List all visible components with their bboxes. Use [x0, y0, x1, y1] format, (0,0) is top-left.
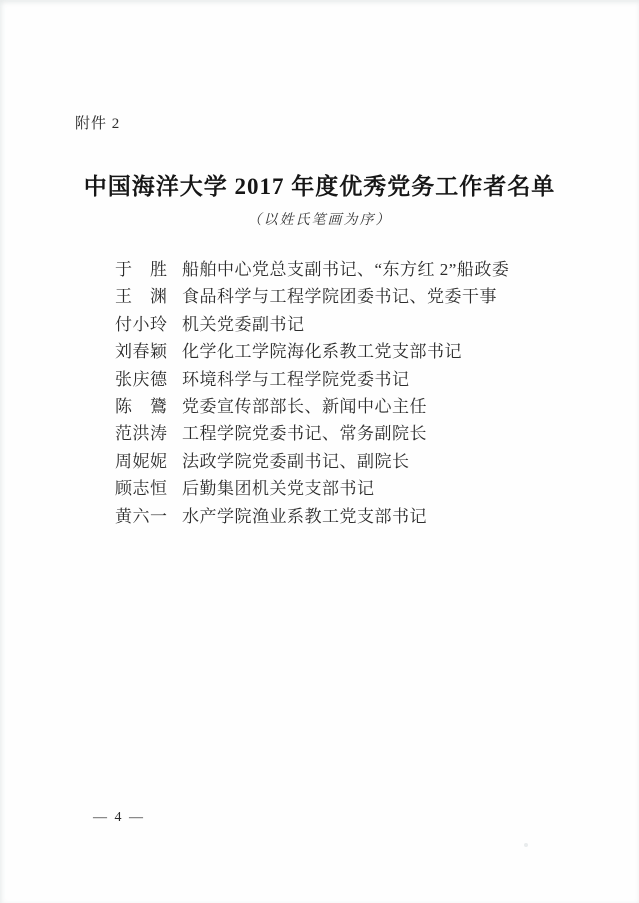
- attachment-label: 附件 2: [75, 112, 120, 133]
- award-list: 于 胜 船舶中心党总支副书记、“东方红 2”船政委 王 渊 食品科学与工程学院团…: [115, 256, 604, 530]
- list-item: 陈 鷟 党委宣传部部长、新闻中心主任: [115, 393, 604, 420]
- person-role: 后勤集团机关党支部书记: [182, 475, 604, 502]
- person-role: 食品科学与工程学院团委书记、党委干事: [182, 283, 604, 310]
- person-name: 黄六一: [115, 503, 165, 530]
- document-subtitle: （以姓氏笔画为序）: [0, 209, 639, 229]
- document-title: 中国海洋大学 2017 年度优秀党务工作者名单: [0, 168, 639, 201]
- scan-artifact: [524, 843, 528, 847]
- person-name: 范洪涛: [115, 420, 165, 447]
- list-item: 于 胜 船舶中心党总支副书记、“东方红 2”船政委: [115, 256, 604, 283]
- person-name: 刘春颖: [115, 338, 165, 365]
- list-item: 黄六一 水产学院渔业系教工党支部书记: [115, 503, 604, 530]
- person-role: 船舶中心党总支副书记、“东方红 2”船政委: [182, 256, 604, 283]
- person-name: 张庆德: [115, 366, 165, 393]
- person-role: 机关党委副书记: [182, 311, 604, 338]
- person-role: 法政学院党委副书记、副院长: [182, 448, 604, 475]
- list-item: 刘春颖 化学化工学院海化系教工党支部书记: [115, 338, 604, 365]
- list-item: 范洪涛 工程学院党委书记、常务副院长: [115, 420, 604, 447]
- page-number: — 4 —: [93, 810, 145, 826]
- list-item: 付小玲 机关党委副书记: [115, 311, 604, 338]
- person-name: 顾志恒: [115, 475, 165, 502]
- person-role: 环境科学与工程学院党委书记: [182, 366, 604, 393]
- person-role: 化学化工学院海化系教工党支部书记: [182, 338, 604, 365]
- person-name: 于 胜: [115, 256, 165, 283]
- person-role: 党委宣传部部长、新闻中心主任: [182, 393, 604, 420]
- person-role: 工程学院党委书记、常务副院长: [182, 420, 604, 447]
- list-item: 王 渊 食品科学与工程学院团委书记、党委干事: [115, 283, 604, 310]
- person-name: 陈 鷟: [115, 393, 165, 420]
- list-item: 顾志恒 后勤集团机关党支部书记: [115, 475, 604, 502]
- person-role: 水产学院渔业系教工党支部书记: [182, 503, 604, 530]
- person-name: 付小玲: [115, 311, 165, 338]
- list-item: 张庆德 环境科学与工程学院党委书记: [115, 366, 604, 393]
- list-item: 周妮妮 法政学院党委副书记、副院长: [115, 448, 604, 475]
- person-name: 王 渊: [115, 283, 165, 310]
- person-name: 周妮妮: [115, 448, 165, 475]
- document-page: 附件 2 中国海洋大学 2017 年度优秀党务工作者名单 （以姓氏笔画为序） 于…: [0, 0, 639, 903]
